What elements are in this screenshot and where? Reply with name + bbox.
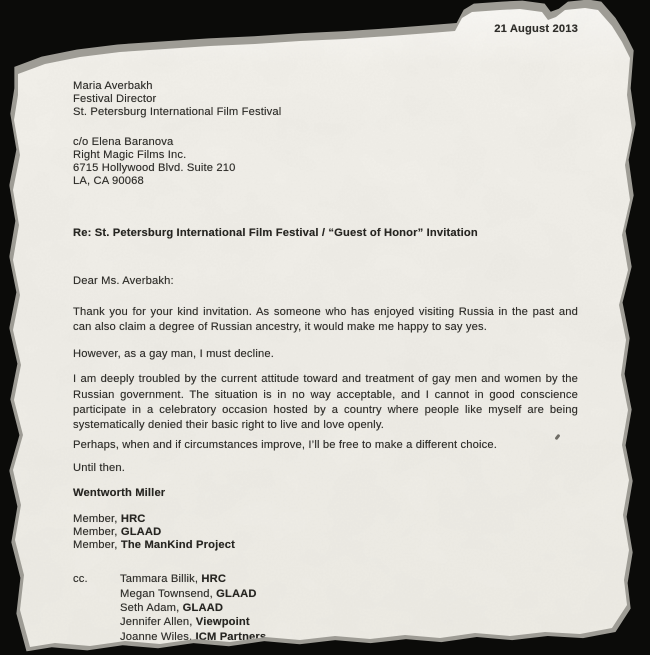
membership-row: Member, The ManKind Project [73,539,578,552]
cc-label: cc. [73,572,120,644]
membership-prefix: Member, [73,513,121,525]
membership-prefix: Member, [73,526,121,538]
cc-entry: Megan Townsend, GLAAD [120,587,578,601]
salutation: Dear Ms. Averbakh: [73,275,578,288]
care-of-line: c/o Elena Baranova [73,136,578,149]
cc-block: cc. Tammara Billik, HRC Megan Townsend, … [73,572,578,644]
membership-row: Member, HRC [73,513,578,526]
membership-prefix: Member, [73,539,121,551]
memberships-block: Member, HRC Member, GLAAD Member, The Ma… [73,513,578,553]
cc-org: Viewpoint [196,616,250,628]
black-backdrop: 21 August 2013 Maria Averbakh Festival D… [0,0,650,655]
cc-org: HRC [201,573,226,585]
signature-name: Wentworth Miller [73,487,578,500]
care-of-street: 6715 Hollywood Blvd. Suite 210 [73,162,578,175]
cc-name: Tammara Billik, [120,573,201,585]
membership-org: HRC [121,513,146,525]
recipient-name: Maria Averbakh [73,80,578,93]
recipient-title: Festival Director [73,93,578,106]
cc-name: Megan Townsend, [120,588,216,600]
membership-row: Member, GLAAD [73,526,578,539]
paragraph-decline: However, as a gay man, I must decline. [73,347,578,362]
paragraph-until-then: Until then. [73,461,578,476]
paragraph-thank-you: Thank you for your kind invitation. As s… [73,305,578,336]
cc-entry: Seth Adam, GLAAD [120,601,578,615]
letter-content: 21 August 2013 Maria Averbakh Festival D… [73,0,578,644]
cc-entry: Tammara Billik, HRC [120,572,578,586]
membership-org: The ManKind Project [121,539,235,551]
care-of-city: LA, CA 90068 [73,175,578,188]
paragraph-perhaps: Perhaps, when and if circumstances impro… [73,438,578,453]
cc-org: GLAAD [183,602,224,614]
paragraph-reason: I am deeply troubled by the current atti… [73,372,578,434]
cc-name: Jennifer Allen, [120,616,196,628]
cc-org: GLAAD [216,588,257,600]
membership-org: GLAAD [121,526,162,538]
recipient-organization: St. Petersburg International Film Festiv… [73,106,578,119]
recipient-block: Maria Averbakh Festival Director St. Pet… [73,80,578,119]
cc-name: Seth Adam, [120,602,183,614]
cc-entry: Jennifer Allen, Viewpoint [120,615,578,629]
care-of-block: c/o Elena Baranova Right Magic Films Inc… [73,136,578,188]
letter-paper: 21 August 2013 Maria Averbakh Festival D… [0,0,650,655]
subject-line: Re: St. Petersburg International Film Fe… [73,227,578,240]
care-of-company: Right Magic Films Inc. [73,149,578,162]
cc-list: Tammara Billik, HRC Megan Townsend, GLAA… [120,572,578,644]
